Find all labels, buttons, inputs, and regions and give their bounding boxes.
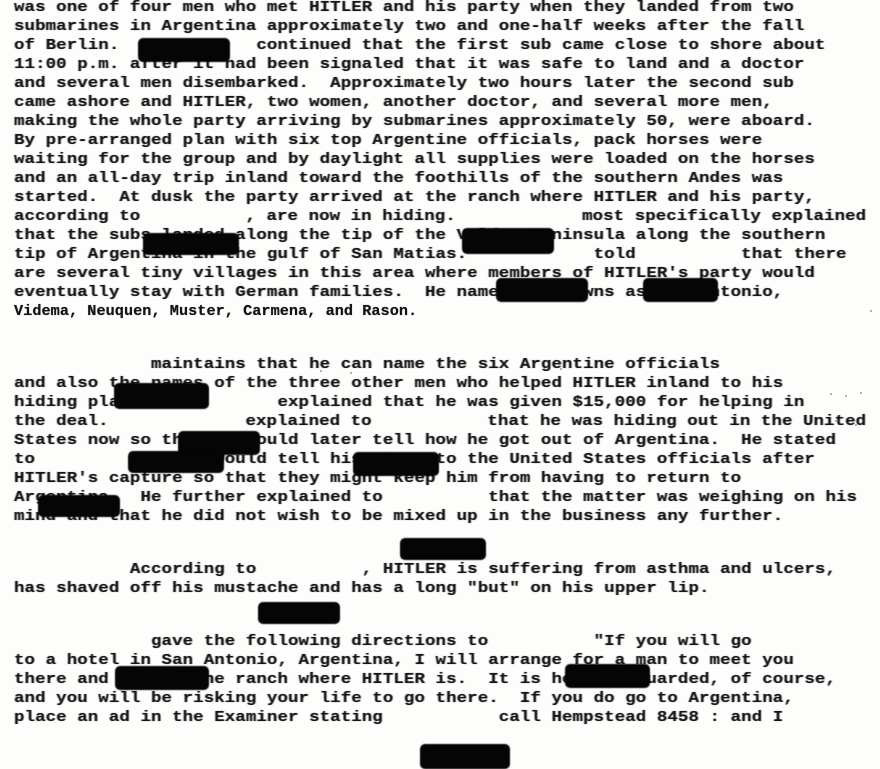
text-line: mind and that he did not wish to be mixe… — [14, 507, 783, 526]
text-line: According to , HITLER is suffering from … — [14, 560, 836, 579]
redaction-block — [143, 233, 239, 255]
text-line: of Berlin. continued that the first sub … — [14, 36, 825, 55]
redaction-block — [128, 451, 224, 473]
redaction-block — [115, 666, 209, 690]
redaction-block — [496, 278, 588, 302]
text-line: started. At dusk the party arrived at th… — [14, 188, 815, 207]
text-line: 11:00 p.m. after it had been signaled th… — [14, 55, 804, 74]
text-line: submarines in Argentina approximately tw… — [14, 17, 804, 36]
redaction-block — [420, 744, 510, 769]
text-line: and an all-day trip inland toward the fo… — [14, 169, 783, 188]
redaction-block — [258, 602, 340, 624]
scan-speck — [350, 372, 352, 374]
text-line: making the whole party arriving by subma… — [14, 112, 815, 131]
text-line: and you will be risking your life to go … — [14, 689, 794, 708]
scan-speck — [870, 310, 872, 312]
document-page: was one of four men who met HITLER and h… — [0, 0, 880, 769]
text-line: Videma, Neuquen, Muster, Carmena, and Ra… — [14, 302, 417, 321]
redaction-block — [138, 38, 230, 62]
scan-speck — [440, 365, 442, 367]
scan-speck — [320, 370, 322, 372]
scan-speck — [845, 395, 847, 397]
redaction-block — [643, 278, 718, 302]
text-line: maintains that he can name the six Argen… — [14, 355, 720, 374]
redaction-block — [114, 383, 209, 409]
redaction-block — [400, 538, 486, 560]
text-line: the deal. explained to that he was hidin… — [14, 412, 866, 431]
text-line: place an ad in the Examiner stating call… — [14, 708, 783, 727]
text-line: that the subs landed along the tip of th… — [14, 226, 825, 245]
text-line: States now so that he could later tell h… — [14, 431, 836, 450]
text-line: was one of four men who met HITLER and h… — [14, 0, 794, 17]
scan-speck — [830, 393, 832, 395]
text-line: came ashore and HITLER, two women, anoth… — [14, 93, 773, 112]
text-line: waiting for the group and by daylight al… — [14, 150, 815, 169]
text-line: Argentina. He further explained to that … — [14, 488, 857, 507]
text-line: according to , are now in hiding. most s… — [14, 207, 866, 226]
redaction-block — [38, 495, 120, 517]
text-line: By pre-arranged plan with six top Argent… — [14, 131, 762, 150]
text-line: and several men disembarked. Approximate… — [14, 74, 794, 93]
redaction-block — [565, 664, 650, 688]
scan-speck — [855, 424, 857, 426]
text-line: has shaved off his mustache and has a lo… — [14, 579, 710, 598]
scan-speck — [560, 368, 562, 370]
redaction-block — [353, 452, 439, 476]
scan-speck — [860, 392, 862, 394]
scan-speck — [835, 420, 837, 422]
text-line: gave the following directions to "If you… — [14, 632, 752, 651]
text-line: tip of Argentina in the gulf of San Mati… — [14, 245, 847, 264]
redaction-block — [462, 228, 554, 254]
